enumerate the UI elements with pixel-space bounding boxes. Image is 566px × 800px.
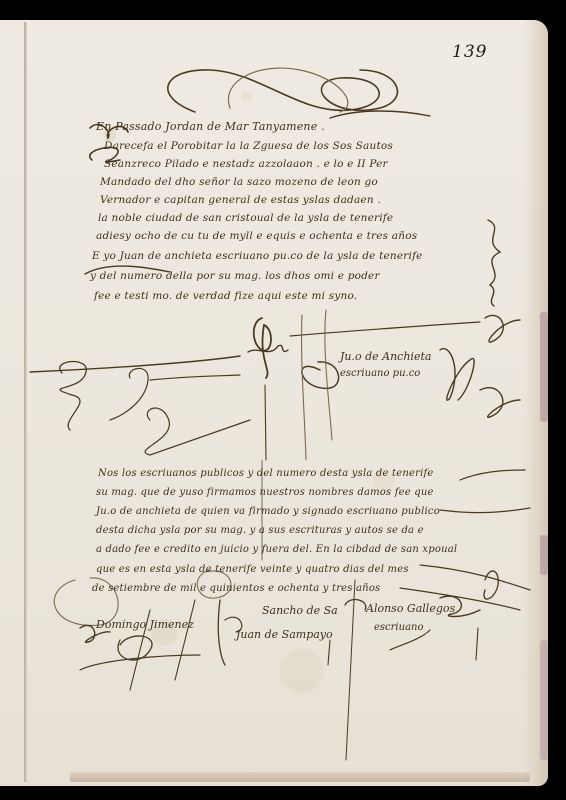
loop-flourish-icon <box>60 362 87 430</box>
notary-title: escriuano pu.co <box>340 368 420 379</box>
top-flourish-icon <box>168 68 430 118</box>
body-line: la noble ciudad de san cristoual de la y… <box>98 212 393 224</box>
notary-name: Ju.o de Anchieta <box>340 350 431 363</box>
body-line: fee e testi mo. de verdad fize aqui este… <box>94 290 357 302</box>
body-line: y del numero della por su mag. los dhos … <box>90 270 380 282</box>
body-line: E yo Juan de anchieta escriuano pu.co de… <box>92 250 423 262</box>
signature-gallegos-title: escriuano <box>374 622 424 633</box>
body-line: Darecefa el Porobitar la la Zguesa de lo… <box>104 140 393 152</box>
certification-line: de setiembre de mil e quinientos e ochen… <box>92 583 380 594</box>
body-line: Vernador e capitan general de estas ysla… <box>100 194 381 206</box>
line-trail <box>420 565 530 590</box>
certification-line: Ju.o de anchieta de quien va firmado y s… <box>96 506 440 517</box>
body-line: Mandado del dho señor la sazo mozeno de … <box>100 176 378 188</box>
notary-signo-icon <box>248 318 288 460</box>
line-trail <box>460 470 525 480</box>
certification-line: desta dicha ysla por su mag. y a sus esc… <box>96 525 424 536</box>
body-line: adiesy ocho de cu tu de myll e equis e o… <box>96 230 417 242</box>
signature-sancho: Sancho de Sa <box>262 604 338 617</box>
signature-jimenez-icon <box>80 600 200 690</box>
certification-line: Nos los escriuanos publicos y del numero… <box>98 468 434 479</box>
body-line: En Passado Jordan de Mar Tanyamene . <box>96 120 325 133</box>
body-line: Seanzreco Pilado e nestadz azzolaaon . e… <box>104 158 388 170</box>
signature-gallegos: Alonso Gallegos <box>366 602 455 615</box>
rule-line <box>290 322 480 336</box>
loop-flourish-icon <box>110 368 148 420</box>
margin-bracket-icon <box>488 220 500 306</box>
signature-jimenez: Domingo Jimenez <box>96 618 194 631</box>
vertical-stroke <box>346 580 355 760</box>
loop-flourish-icon <box>145 408 250 455</box>
certification-line: su mag. que de yuso firmamos nuestros no… <box>96 487 434 498</box>
certification-line: a dado fee e credito en juicio y fuera d… <box>96 544 457 555</box>
line-trail <box>440 508 530 513</box>
rule-line <box>150 375 240 380</box>
signature-sampayo: Juan de Sampayo <box>236 628 333 641</box>
certification-line: que es en esta ysla de tenerife veinte y… <box>96 564 409 575</box>
